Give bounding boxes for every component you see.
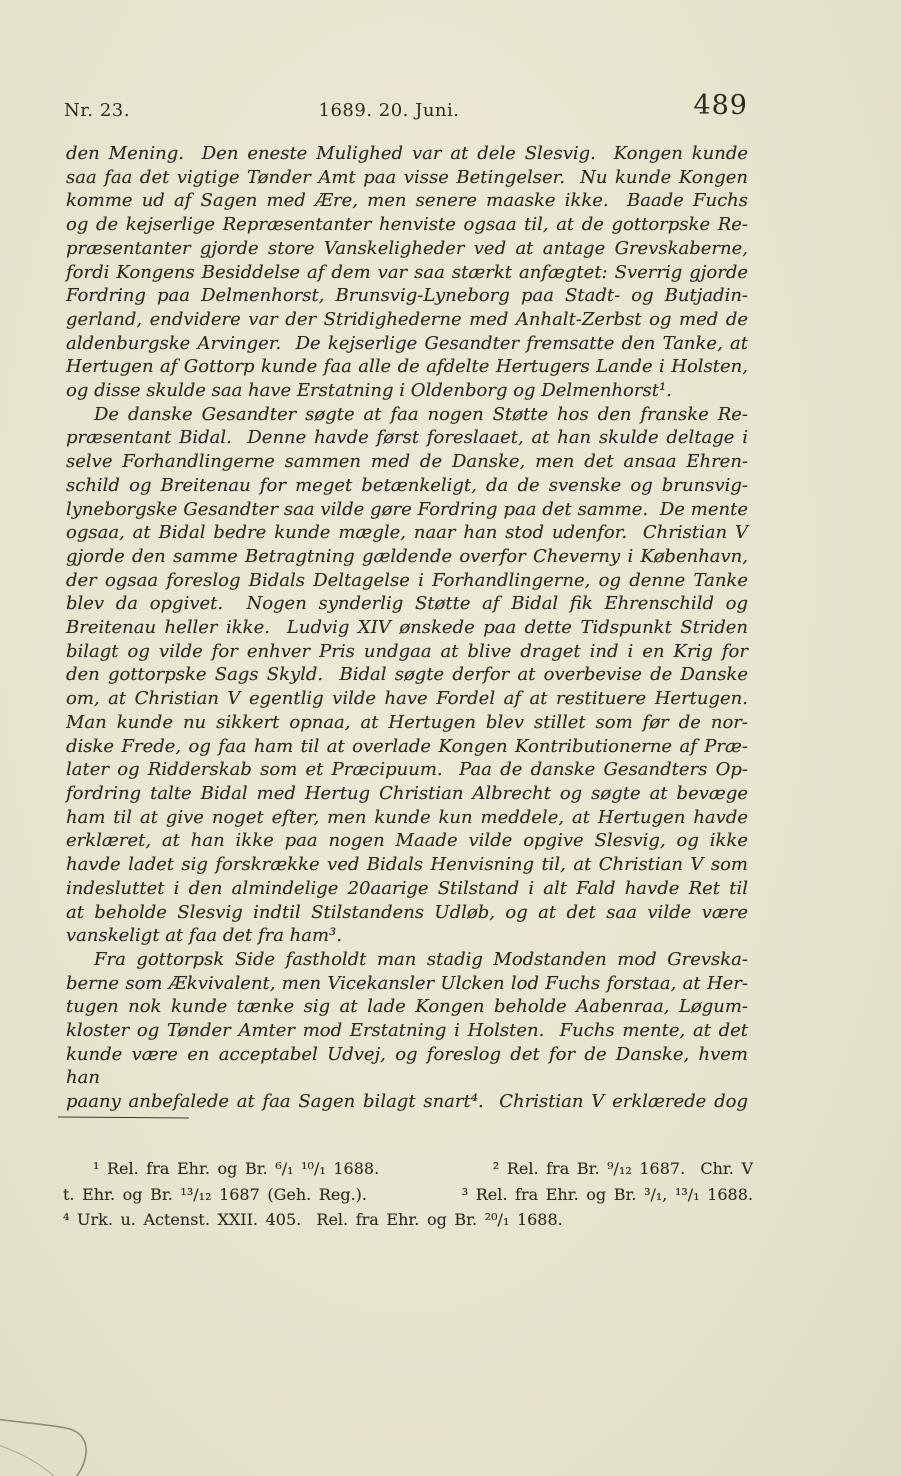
text-line: aldenburgske Arvinger. De kejserlige Ges… <box>66 332 748 356</box>
text-line: kunde være en acceptabel Udvej, og fores… <box>66 1043 748 1090</box>
text-line: diske Frede, og faa ham til at overlade … <box>66 735 748 759</box>
footnote-line: t. Ehr. og Br. ¹³/₁₂ 1687 (Geh. Reg.). ³… <box>63 1182 753 1208</box>
text-line: gerland, endvidere var der Stridighedern… <box>66 308 748 332</box>
text-line: præsentanter gjorde store Vanskeligheder… <box>66 237 748 261</box>
footnote-line: ⁴ Urk. u. Actenst. XXII. 405. Rel. fra E… <box>63 1207 753 1233</box>
text-line: den gottorpske Sags Skyld. Bidal søgte d… <box>66 663 748 687</box>
text-line: fordi Kongens Besiddelse af dem var saa … <box>66 261 748 285</box>
text-line: komme ud af Sagen med Ære, men senere ma… <box>66 189 748 213</box>
text-line: erklæret, at han ikke paa nogen Maade vi… <box>66 829 748 853</box>
text-line: Fra gottorpsk Side fastholdt man stadig … <box>66 948 748 972</box>
body-text: den Mening. Den eneste Mulighed var at d… <box>66 142 748 1114</box>
page-header: Nr. 23. 1689. 20. Juni. 489 <box>64 92 748 126</box>
text-line: indesluttet i den almindelige 20aarige S… <box>66 877 748 901</box>
text-line: og de kejserlige Repræsentanter henviste… <box>66 213 748 237</box>
footnote-separator <box>58 1117 189 1119</box>
footnote-3: ³ Rel. fra Ehr. og Br. ³/₁, ¹³/₁ 1688. <box>462 1182 753 1208</box>
text-line: om, at Christian V egentlig vilde have F… <box>66 687 748 711</box>
text-line: De danske Gesandter søgte at faa nogen S… <box>66 403 748 427</box>
text-line: at beholde Slesvig indtil Stilstandens U… <box>66 901 748 925</box>
text-line: ham til at give noget efter, men kunde k… <box>66 806 748 830</box>
text-line: tugen nok kunde tænke sig at lade Kongen… <box>66 995 748 1019</box>
footnote-2-start: ² Rel. fra Br. ⁹/₁₂ 1687. Chr. V <box>493 1156 753 1182</box>
footnote-line: ¹ Rel. fra Ehr. og Br. ⁶/₁ ¹⁰/₁ 1688. ² … <box>63 1156 753 1182</box>
text-line: Fordring paa Delmenhorst, Brunsvig-Lyneb… <box>66 284 748 308</box>
text-line: fordring talte Bidal med Hertug Christia… <box>66 782 748 806</box>
text-line: paany anbefalede at faa Sagen bilagt sna… <box>66 1090 748 1114</box>
text-line: blev da opgivet. Nogen synderlig Støtte … <box>66 592 748 616</box>
scanned-book-page: Nr. 23. 1689. 20. Juni. 489 den Mening. … <box>0 0 901 1476</box>
text-line: den Mening. Den eneste Mulighed var at d… <box>66 142 748 166</box>
footnotes: ¹ Rel. fra Ehr. og Br. ⁶/₁ ¹⁰/₁ 1688. ² … <box>63 1156 753 1233</box>
text-line: kloster og Tønder Amter mod Erstatning i… <box>66 1019 748 1043</box>
footnote-2-end: t. Ehr. og Br. ¹³/₁₂ 1687 (Geh. Reg.). <box>63 1182 367 1208</box>
text-line: later og Ridderskab som et Præcipuum. Pa… <box>66 758 748 782</box>
text-line: gjorde den samme Betragtning gældende ov… <box>66 545 748 569</box>
footnote-1: ¹ Rel. fra Ehr. og Br. ⁶/₁ ¹⁰/₁ 1688. <box>93 1156 379 1182</box>
text-line: lyneborgske Gesandter saa vilde gøre For… <box>66 498 748 522</box>
footnote-4: ⁴ Urk. u. Actenst. XXII. 405. Rel. fra E… <box>63 1210 563 1229</box>
text-line: der ogsaa foreslog Bidals Deltagelse i F… <box>66 569 748 593</box>
page-curl-mark <box>0 1406 110 1476</box>
text-line: saa faa det vigtige Tønder Amt paa visse… <box>66 166 748 190</box>
text-line: og disse skulde saa have Erstatning i Ol… <box>66 379 748 403</box>
text-line: vanskeligt at faa det fra ham³. <box>66 924 748 948</box>
page-number: 489 <box>693 90 748 121</box>
text-line: ogsaa, at Bidal bedre kunde mægle, naar … <box>66 521 748 545</box>
text-line: havde ladet sig forskrække ved Bidals He… <box>66 853 748 877</box>
text-line: selve Forhandlingerne sammen med de Dans… <box>66 450 748 474</box>
text-line: præsentant Bidal. Denne havde først fore… <box>66 426 748 450</box>
text-line: berne som Ækvivalent, men Vicekansler Ul… <box>66 972 748 996</box>
text-line: bilagt og vilde for enhver Pris undgaa a… <box>66 640 748 664</box>
text-line: Man kunde nu sikkert opnaa, at Hertugen … <box>66 711 748 735</box>
document-number: Nr. 23. <box>64 100 130 121</box>
text-line: Breitenau heller ikke. Ludvig XIV ønsked… <box>66 616 748 640</box>
running-head-date: 1689. 20. Juni. <box>319 100 460 121</box>
text-line: Hertugen af Gottorp kunde faa alle de af… <box>66 355 748 379</box>
text-line: schild og Breitenau for meget betænkelig… <box>66 474 748 498</box>
